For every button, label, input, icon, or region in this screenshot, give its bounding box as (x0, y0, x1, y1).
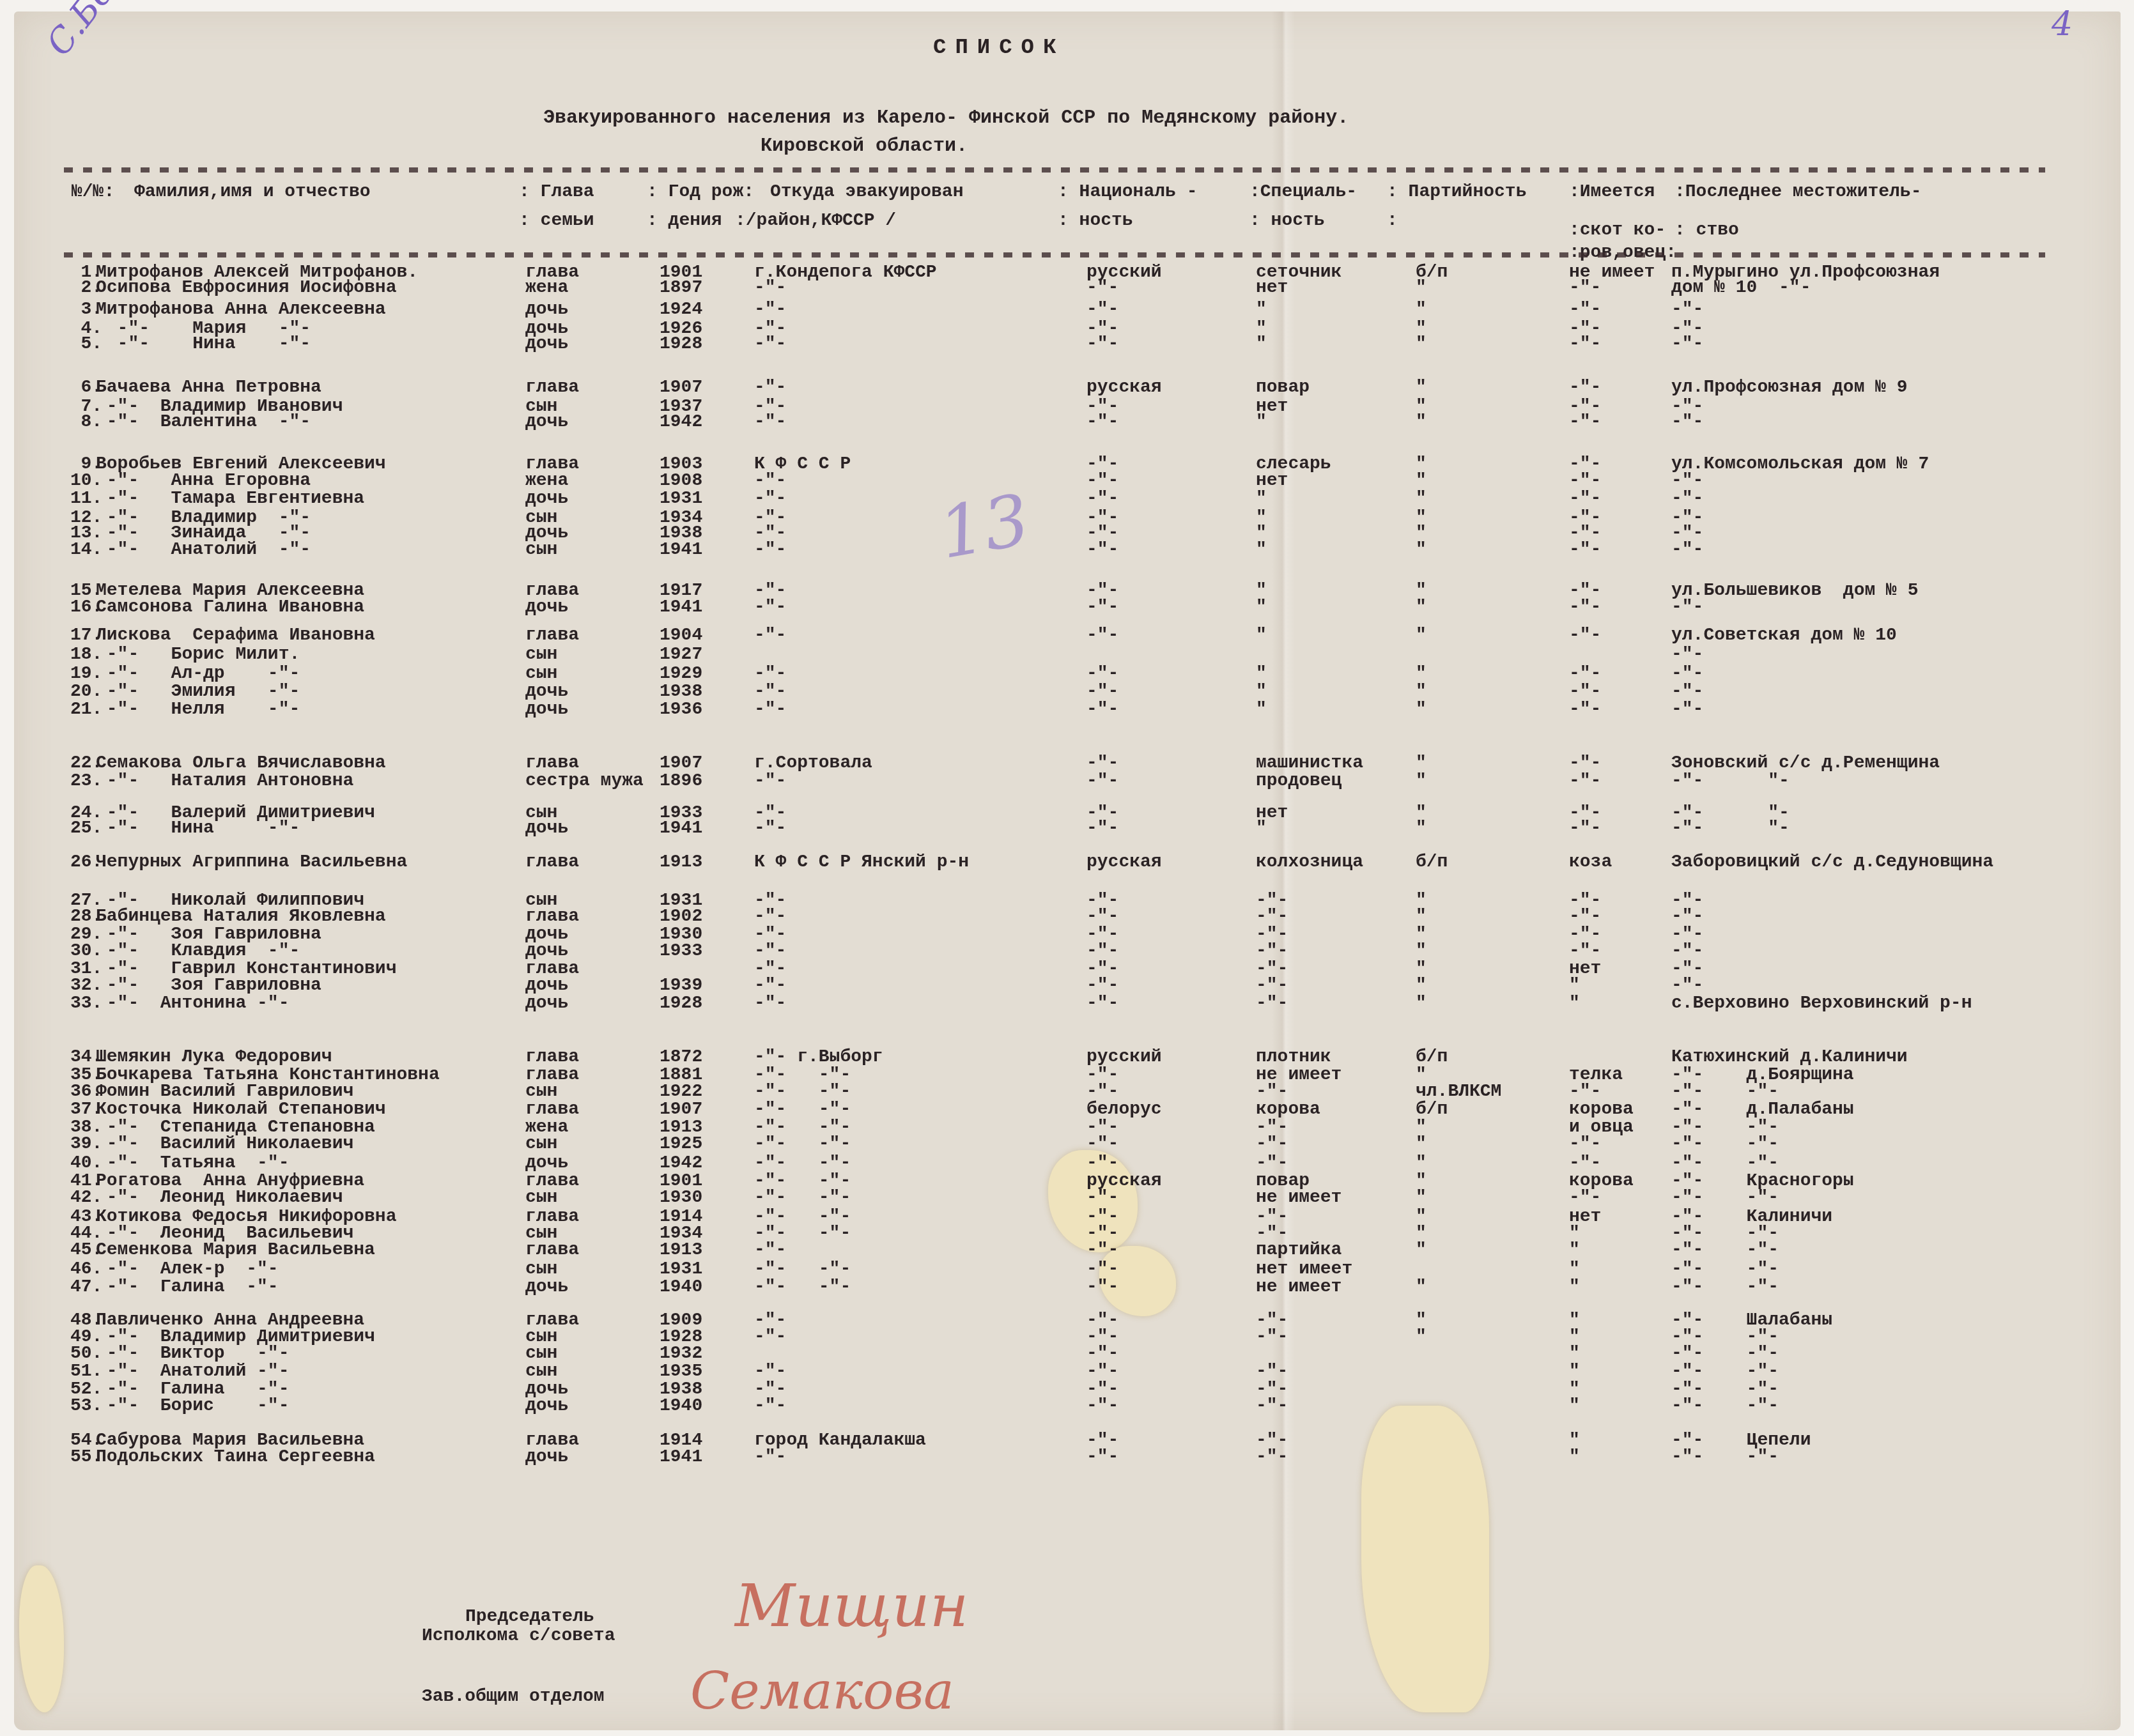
cell-year: 1940 (660, 1397, 702, 1416)
cell-year: 1940 (660, 1278, 702, 1297)
cell-addr: Заборовицкий с/с д.Седуновщина (1671, 853, 1993, 872)
cell-from: -"- -"- (754, 1260, 851, 1279)
cell-nat: -"- (1086, 1397, 1118, 1416)
cell-cattle: -"- (1569, 700, 1601, 719)
cell-cattle: " (1569, 1448, 1580, 1467)
cell-name: -"- Нелля -"- (96, 700, 300, 719)
cell-spec: -"- (1256, 976, 1288, 995)
cell-spec: " (1256, 335, 1267, 354)
cell-year: 1907 (660, 754, 702, 773)
cell-from: -"- (754, 279, 786, 298)
cell-spec: -"- (1256, 907, 1288, 926)
cell-nat: -"- (1086, 300, 1118, 319)
cell-year: 1941 (660, 1448, 702, 1467)
cell-nat: -"- (1086, 626, 1118, 645)
cell-cattle: -"- (1569, 907, 1601, 926)
cell-role: глава (525, 378, 579, 397)
cell-cattle: -"- (1569, 1154, 1601, 1173)
cell-addr: -"- (1671, 413, 1703, 432)
cell-spec: " (1256, 664, 1267, 684)
cell-addr: -"- (1671, 472, 1703, 491)
header-nationality-2: : ность (1058, 211, 1133, 231)
cell-name: -"- Эмилия -"- (96, 682, 300, 702)
cell-cattle: " (1569, 1344, 1580, 1363)
cell-spec: -"- (1256, 1448, 1288, 1467)
cell-addr: -"- (1671, 942, 1703, 961)
cell-from: -"- (754, 1397, 786, 1416)
cell-party: " (1416, 976, 1427, 995)
cell-cattle: -"- (1569, 942, 1601, 961)
cell-addr: ул.Профсоюзная дом № 9 (1671, 378, 1908, 397)
cell-addr: дом № 10 -"- (1671, 279, 1811, 298)
cell-nat: русский (1086, 1048, 1162, 1067)
cell-cattle: -"- (1569, 279, 1601, 298)
cell-year: 1938 (660, 682, 702, 702)
header-rule-bottom (64, 252, 2045, 257)
cell-role: глава (525, 853, 579, 872)
cell-nat: -"- (1086, 1448, 1118, 1467)
cell-addr: -"- -"- (1671, 1154, 1779, 1173)
cell-nat: -"- (1086, 1344, 1118, 1363)
cell-from: -"- -"- (754, 1154, 851, 1173)
cell-name: -"- Василий Николаевич (96, 1135, 353, 1154)
cell-nat: -"- (1086, 541, 1118, 560)
cell-party: " (1416, 700, 1427, 719)
table-row: 53. -"- Борис -"-дочь1940-"--"--"-"-"- -… (0, 1397, 2134, 1417)
cell-from: -"- -"- (754, 1100, 851, 1119)
cell-from: г.Сортовала (754, 754, 872, 773)
cell-role: дочь (525, 598, 568, 617)
cell-from: -"- -"- (754, 1278, 851, 1297)
header-from-2: :/район,КФССР / (735, 211, 896, 231)
cell-nat: -"- (1086, 700, 1118, 719)
cell-from: -"- (754, 413, 786, 432)
cell-cattle: -"- (1569, 1135, 1601, 1154)
cell-role: сын (525, 1260, 557, 1279)
cell-role: дочь (525, 335, 568, 354)
cell-spec: не имеет (1256, 1188, 1341, 1208)
page-number: 4 (2052, 5, 2073, 43)
cell-name: -"- Анна Егоровна (96, 472, 311, 491)
cell-addr: -"- -"- (1671, 1260, 1779, 1279)
cell-year: 1939 (660, 976, 702, 995)
cell-from: -"- (754, 1362, 786, 1381)
cell-nat: русская (1086, 378, 1162, 397)
cell-cattle: " (1569, 994, 1580, 1013)
cell-addr: -"- (1671, 489, 1703, 509)
cell-from: -"- (754, 598, 786, 617)
cell-party: " (1416, 772, 1427, 791)
table-row: 45.Семенкова Мария Васильевнаглава1913-"… (0, 1241, 2134, 1261)
cell-name: -"- Борис -"- (96, 1397, 289, 1416)
cell-addr: -"- (1671, 907, 1703, 926)
cell-name: -"- Анатолий -"- (96, 1362, 289, 1381)
cell-cattle: корова (1569, 1100, 1634, 1119)
cell-spec: партийка (1256, 1241, 1341, 1260)
cell-role: дочь (525, 489, 568, 509)
cell-year: 1932 (660, 1344, 702, 1363)
cell-addr: -"- (1671, 976, 1703, 995)
cell-addr: -"- (1671, 541, 1703, 560)
cell-party: б/п (1416, 1100, 1448, 1119)
cell-nat: -"- (1086, 942, 1118, 961)
cell-from: -"- (754, 472, 786, 491)
cell-year: 1907 (660, 378, 702, 397)
cell-nat: -"- (1086, 472, 1118, 491)
cell-spec: нет имеет (1256, 1260, 1352, 1279)
cell-from: -"- (754, 300, 786, 319)
cell-year: 1897 (660, 279, 702, 298)
cell-nat: -"- (1086, 754, 1118, 773)
cell-cattle: " (1569, 1397, 1580, 1416)
cell-cattle: -"- (1569, 598, 1601, 617)
dept-head-signature: Семакова (690, 1661, 954, 1721)
document-title: СПИСОК (933, 36, 1065, 60)
cell-from: -"- (754, 541, 786, 560)
header-cattle-2: :скот ко- (1569, 220, 1666, 240)
cell-name: -"- Клавдия -"- (96, 942, 300, 961)
cell-name: Семакова Ольга Вячиславовна (96, 754, 386, 773)
cell-role: жена (525, 472, 568, 491)
cell-addr: -"- -"- (1671, 1082, 1779, 1102)
cell-cattle: " (1569, 976, 1580, 995)
cell-nat: -"- (1086, 682, 1118, 702)
cell-party: " (1416, 682, 1427, 702)
cell-name: -"- Татьяна -"- (96, 1154, 289, 1173)
cell-cattle: -"- (1569, 335, 1601, 354)
cell-spec: -"- (1256, 1154, 1288, 1173)
cell-nat: -"- (1086, 976, 1118, 995)
cell-role: дочь (525, 413, 568, 432)
cell-role: дочь (525, 994, 568, 1013)
chairman-label-2: Исполкома с/совета (422, 1626, 615, 1646)
cell-party: " (1416, 664, 1427, 684)
cell-party: " (1416, 1278, 1427, 1297)
cell-addr: -"- -"- (1671, 1241, 1779, 1260)
cell-spec: машинистка (1256, 754, 1363, 773)
cell-nat: -"- (1086, 489, 1118, 509)
table-row: 47. -"- Галина -"-дочь1940-"- -"--"-не и… (0, 1278, 2134, 1298)
cell-addr: -"- (1671, 645, 1703, 664)
cell-from: -"- (754, 819, 786, 838)
cell-year: 1941 (660, 598, 702, 617)
cell-nat: -"- (1086, 1188, 1118, 1208)
header-from: Откуда эвакуирован (770, 182, 963, 202)
cell-year: 1907 (660, 1100, 702, 1119)
cell-year: 1928 (660, 994, 702, 1013)
table-row: 23. -"- Наталия Антоновнасестра мужа1896… (0, 772, 2134, 792)
header-nationality: : Националь - (1058, 182, 1197, 202)
cell-year: 1922 (660, 1082, 702, 1102)
cell-from: -"- г.Выборг (754, 1048, 883, 1067)
table-row: 2.Осипова Евфросиния Иосифовнажена1897-"… (0, 279, 2134, 299)
cell-name: Семенкова Мария Васильевна (96, 1241, 375, 1260)
cell-spec: плотник (1256, 1048, 1331, 1067)
cell-spec: -"- (1256, 1082, 1288, 1102)
cell-year: 1935 (660, 1362, 702, 1381)
cell-from: -"- -"- (754, 1082, 851, 1102)
header-specialty-2: : ность (1249, 211, 1325, 231)
cell-party: " (1416, 819, 1427, 838)
cell-name: Фомин Василий Гаврилович (96, 1082, 353, 1102)
cell-year: 1908 (660, 472, 702, 491)
cell-nat: -"- (1086, 1135, 1118, 1154)
cell-spec: " (1256, 819, 1267, 838)
cell-year: 1872 (660, 1048, 702, 1067)
cell-from: -"- (754, 907, 786, 926)
cell-from: -"- (754, 335, 786, 354)
header-year: : Год рож: (647, 182, 754, 202)
cell-year: 1942 (660, 413, 702, 432)
table-row: 6.Бачаева Анна Петровнаглава1907-"-русск… (0, 378, 2134, 399)
cell-role: сын (525, 1344, 557, 1363)
cell-nat: -"- (1086, 1278, 1118, 1297)
chairman-signature: Мищин (735, 1572, 968, 1640)
cell-name: -"- Тамара Евгентиевна (96, 489, 364, 509)
cell-party: " (1416, 1154, 1427, 1173)
cell-cattle: -"- (1569, 819, 1601, 838)
cell-name: -"- Галина -"- (96, 1278, 279, 1297)
cell-addr: -"- -"- (1671, 1448, 1779, 1467)
cell-cattle: " (1569, 1260, 1580, 1279)
cell-role: сын (525, 1082, 557, 1102)
cell-nat: -"- (1086, 1241, 1118, 1260)
table-row: 5. -"- Нина -"-дочь1928-"--"-""-"--"- (0, 335, 2134, 355)
cell-year: 1904 (660, 626, 702, 645)
header-party: : Партийность (1387, 182, 1526, 202)
cell-spec: " (1256, 300, 1267, 319)
header-party-2: : (1387, 211, 1398, 231)
cell-addr: -"- (1671, 682, 1703, 702)
cell-addr: -"- (1671, 664, 1703, 684)
cell-cattle: -"- (1569, 541, 1601, 560)
cell-spec: -"- (1256, 1135, 1288, 1154)
cell-from: -"- (754, 1448, 786, 1467)
cell-cattle: -"- (1569, 378, 1601, 397)
cell-year: 1941 (660, 819, 702, 838)
cell-cattle: " (1569, 1362, 1580, 1381)
cell-role: глава (525, 1241, 579, 1260)
cell-year: 1913 (660, 1241, 702, 1260)
cell-role: дочь (525, 976, 568, 995)
cell-role: дочь (525, 682, 568, 702)
cell-year: 1902 (660, 907, 702, 926)
table-row: 11. -"- Тамара Евгентиевнадочь1931-"--"-… (0, 489, 2134, 510)
cell-role: сын (525, 1362, 557, 1381)
cell-addr: -"- -"- (1671, 1188, 1779, 1208)
cell-spec: корова (1256, 1100, 1320, 1119)
cell-name: Шемякин Лука Федорович (96, 1048, 332, 1067)
cell-year: 1931 (660, 489, 702, 509)
chairman-label: Председатель (465, 1607, 594, 1627)
cell-name: -"- Нина -"- (96, 819, 300, 838)
cell-party: " (1416, 626, 1427, 645)
table-row: 16.Самсонова Галина Ивановнадочь1941-"--… (0, 598, 2134, 618)
cell-year: 1896 (660, 772, 702, 791)
cell-party: " (1416, 1135, 1427, 1154)
cell-name: -"- Ал-др -"- (96, 664, 300, 684)
cell-role: глава (525, 626, 579, 645)
cell-name: Бабинцева Наталия Яковлевна (96, 907, 386, 926)
header-year-2: : дения (647, 211, 722, 231)
cell-role: глава (525, 754, 579, 773)
table-row: 25. -"- Нина -"-дочь1941-"--"-""-"--"- "… (0, 819, 2134, 840)
cell-from: -"- (754, 626, 786, 645)
cell-role: жена (525, 279, 568, 298)
cell-role: глава (525, 907, 579, 926)
cell-name: -"- Борис Милит. (96, 645, 300, 664)
cell-addr: -"- (1671, 335, 1703, 354)
cell-from: -"- (754, 664, 786, 684)
cell-addr: -"- (1671, 598, 1703, 617)
table-row: 55.Подольских Таина Сергеевнадочь1941-"-… (0, 1448, 2134, 1468)
cell-from: -"- (754, 772, 786, 791)
cell-cattle: -"- (1569, 754, 1601, 773)
cell-role: дочь (525, 1397, 568, 1416)
cell-addr: ул.Советская дом № 10 (1671, 626, 1897, 645)
cell-year: 1925 (660, 1135, 702, 1154)
cell-addr: -"- -"- (1671, 1135, 1779, 1154)
cell-name: -"- Наталия Антоновна (96, 772, 353, 791)
table-row: 42. -"- Леонид Николаевичсын1930-"- -"--… (0, 1188, 2134, 1209)
cell-cattle: -"- (1569, 664, 1601, 684)
cell-spec: нет (1256, 279, 1288, 298)
cell-role: глава (525, 1048, 579, 1067)
table-row: 39. -"- Василий Николаевичсын1925-"- -"-… (0, 1135, 2134, 1155)
cell-cattle: -"- (1569, 772, 1601, 791)
cell-addr: Зоновский с/с д.Ременщина (1671, 754, 1940, 773)
cell-name: -"- Зоя Гавриловна (96, 976, 321, 995)
cell-from: -"- (754, 976, 786, 995)
cell-name: Самсонова Галина Ивановна (96, 598, 364, 617)
cell-spec: повар (1256, 378, 1310, 397)
cell-nat: -"- (1086, 1082, 1118, 1102)
cell-spec: " (1256, 682, 1267, 702)
cell-name: -"- Анатолий -"- (96, 541, 311, 560)
cell-cattle: -"- (1569, 1188, 1601, 1208)
cell-year: 1933 (660, 942, 702, 961)
cell-from: -"- (754, 700, 786, 719)
cell-role: дочь (525, 819, 568, 838)
cell-cattle: " (1569, 1278, 1580, 1297)
cell-role: сын (525, 645, 557, 664)
cell-spec: -"- (1256, 994, 1288, 1013)
cell-addr: -"- "- (1671, 819, 1790, 838)
cell-from: -"- (754, 942, 786, 961)
cell-name: Бачаева Анна Петровна (96, 378, 321, 397)
cell-year: 1924 (660, 300, 702, 319)
table-row: 8. -"- Валентина -"-дочь1942-"--"-""-"--… (0, 413, 2134, 433)
cell-role: сын (525, 541, 557, 560)
cell-party: " (1416, 300, 1427, 319)
cell-name: Чепурных Агриппина Васильевна (96, 853, 407, 872)
cell-addr: -"- д.Палабаны (1671, 1100, 1854, 1119)
cell-from: -"- (754, 682, 786, 702)
cell-name: Митрофанова Анна Алексеевна (96, 300, 386, 319)
cell-spec: " (1256, 626, 1267, 645)
cell-party: " (1416, 489, 1427, 509)
cell-name: Косточка Николай Степанович (96, 1100, 386, 1119)
cell-addr: -"- -"- (1671, 1362, 1779, 1381)
cell-nat: русская (1086, 853, 1162, 872)
cell-cattle: -"- (1569, 682, 1601, 702)
table-row: 18. -"- Борис Милит.сын1927-"- (0, 645, 2134, 666)
cell-party: " (1416, 942, 1427, 961)
cell-role: сын (525, 1188, 557, 1208)
cell-year: 1928 (660, 335, 702, 354)
cell-role: дочь (525, 300, 568, 319)
cell-addr: с.Верховино Верховинский р-н (1671, 994, 1972, 1013)
cell-year: 1930 (660, 1188, 702, 1208)
cell-party: " (1416, 754, 1427, 773)
header-address-2: : ство (1674, 220, 1739, 240)
cell-cattle: коза (1569, 853, 1612, 872)
cell-spec: -"- (1256, 942, 1288, 961)
cell-name: Осипова Евфросиния Иосифовна (96, 279, 396, 298)
header-name: Фамилия,имя и отчество (134, 182, 371, 202)
cell-addr: -"- (1671, 300, 1703, 319)
header-rule-top (64, 167, 2045, 173)
cell-year: 1941 (660, 541, 702, 560)
document-subtitle: Эвакуированного населения из Карело- Фин… (543, 107, 1349, 129)
cell-spec: " (1256, 413, 1267, 432)
cell-name: -"- Леонид Николаевич (96, 1188, 343, 1208)
cell-party: " (1416, 335, 1427, 354)
cell-nat: -"- (1086, 1154, 1118, 1173)
cell-cattle: -"- (1569, 300, 1601, 319)
cell-spec: не имеет (1256, 1278, 1341, 1297)
dept-head-label: Зав.общим отделом (422, 1687, 605, 1707)
cell-nat: -"- (1086, 994, 1118, 1013)
cell-name: -"- Валентина -"- (96, 413, 311, 432)
cell-nat: -"- (1086, 819, 1118, 838)
cell-role: дочь (525, 1154, 568, 1173)
cell-spec: -"- (1256, 1397, 1288, 1416)
header-cattle: :Имеется (1569, 182, 1655, 202)
cell-role: сын (525, 1135, 557, 1154)
cell-from: -"- -"- (754, 1188, 851, 1208)
table-row: 26.Чепурных Агриппина Васильевнаглава191… (0, 853, 2134, 873)
cell-name: -"- Нина -"- (96, 335, 311, 354)
cell-cattle: -"- (1569, 472, 1601, 491)
cell-spec: продовец (1256, 772, 1341, 791)
cell-role: дочь (525, 942, 568, 961)
cell-addr: -"- "- (1671, 772, 1790, 791)
cell-role: сестра мужа (525, 772, 644, 791)
cell-nat: -"- (1086, 772, 1118, 791)
cell-role: дочь (525, 1278, 568, 1297)
cell-nat: -"- (1086, 1260, 1118, 1279)
cell-cattle: -"- (1569, 626, 1601, 645)
cell-from: -"- (754, 489, 786, 509)
cell-party: " (1416, 598, 1427, 617)
cell-party: " (1416, 472, 1427, 491)
cell-role: дочь (525, 1448, 568, 1467)
header-address: :Последнее местожитель- (1674, 182, 1921, 202)
cell-party: " (1416, 1241, 1427, 1260)
cell-party: " (1416, 1188, 1427, 1208)
cell-cattle: -"- (1569, 489, 1601, 509)
header-num: №/№: (72, 182, 114, 202)
header-role: : Глава (519, 182, 594, 202)
cell-nat: -"- (1086, 598, 1118, 617)
cell-party: " (1416, 413, 1427, 432)
cell-nat: -"- (1086, 664, 1118, 684)
cell-nat: белорус (1086, 1100, 1162, 1119)
table-row: 3.Митрофанова Анна Алексеевнадочь1924-"-… (0, 300, 2134, 321)
table-row: 33. -"- Антонина -"-дочь1928-"--"--"-""с… (0, 994, 2134, 1015)
cell-party: " (1416, 541, 1427, 560)
